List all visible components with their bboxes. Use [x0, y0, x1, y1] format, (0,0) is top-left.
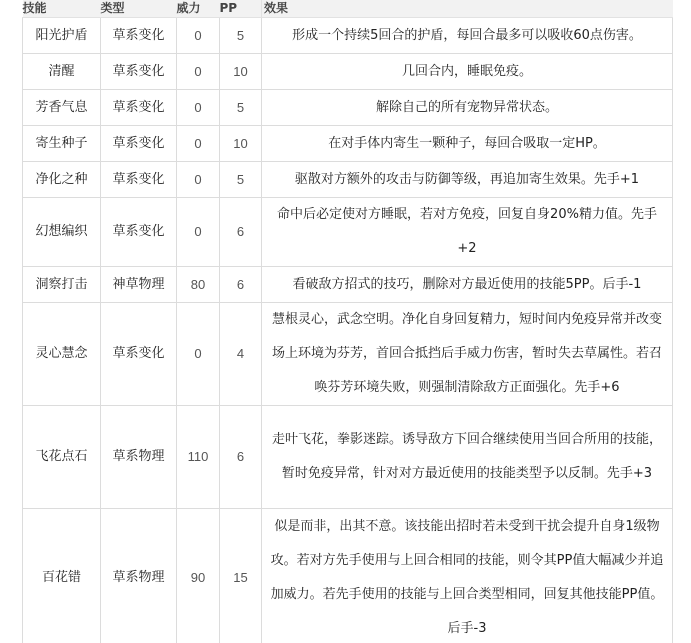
table-row: 阳光护盾 草系变化 0 5 形成一个持续5回合的护盾，每回合最多可以吸收60点伤…	[23, 18, 673, 54]
skill-name: 飞花点石	[23, 406, 101, 509]
skill-name: 芳香气息	[23, 90, 101, 126]
table-row: 清醒 草系变化 0 10 几回合内，睡眠免疫。	[23, 54, 673, 90]
skill-type: 草系变化	[101, 198, 177, 267]
skill-power: 0	[177, 90, 220, 126]
skill-type: 草系变化	[101, 162, 177, 198]
skill-power: 0	[177, 126, 220, 162]
skill-effect: 似是而非，出其不意。该技能出招时若未受到干扰会提升自身1级物攻。若对方先手使用与…	[262, 509, 673, 643]
skill-effect: 在对手体内寄生一颗种子，每回合吸取一定HP。	[262, 126, 673, 162]
skill-pp: 10	[220, 54, 262, 90]
skill-name: 寄生种子	[23, 126, 101, 162]
skill-type: 草系变化	[101, 18, 177, 54]
table-row: 幻想编织 草系变化 0 6 命中后必定使对方睡眠，若对方免疫，回复自身20%精力…	[23, 198, 673, 267]
skill-pp: 5	[220, 18, 262, 54]
skill-power: 90	[177, 509, 220, 643]
skill-pp: 6	[220, 406, 262, 509]
skill-power: 0	[177, 303, 220, 406]
skill-type: 草系物理	[101, 509, 177, 643]
skill-type: 草系变化	[101, 303, 177, 406]
skill-pp: 10	[220, 126, 262, 162]
skill-name: 灵心慧念	[23, 303, 101, 406]
table-row: 寄生种子 草系变化 0 10 在对手体内寄生一颗种子，每回合吸取一定HP。	[23, 126, 673, 162]
skill-pp: 4	[220, 303, 262, 406]
skill-effect: 看破敌方招式的技巧，删除对方最近使用的技能5PP。后手-1	[262, 267, 673, 303]
table-row: 洞察打击 神草物理 80 6 看破敌方招式的技巧，删除对方最近使用的技能5PP。…	[23, 267, 673, 303]
header-pp: PP	[220, 0, 262, 18]
skill-effect: 几回合内，睡眠免疫。	[262, 54, 673, 90]
skill-power: 0	[177, 54, 220, 90]
skill-name: 百花错	[23, 509, 101, 643]
skill-power: 80	[177, 267, 220, 303]
skill-type: 草系物理	[101, 406, 177, 509]
skill-name: 洞察打击	[23, 267, 101, 303]
table-row: 净化之种 草系变化 0 5 驱散对方额外的攻击与防御等级，再追加寄生效果。先手+…	[23, 162, 673, 198]
skill-power: 110	[177, 406, 220, 509]
skill-table: 技能 类型 威力 PP 效果 阳光护盾 草系变化 0 5 形成一个持续5回合的护…	[22, 0, 673, 643]
skill-type: 草系变化	[101, 126, 177, 162]
skill-effect: 形成一个持续5回合的护盾，每回合最多可以吸收60点伤害。	[262, 18, 673, 54]
skill-name: 幻想编织	[23, 198, 101, 267]
skill-pp: 6	[220, 198, 262, 267]
skill-name: 清醒	[23, 54, 101, 90]
skill-type: 草系变化	[101, 90, 177, 126]
table-row: 灵心慧念 草系变化 0 4 慧根灵心，武念空明。净化自身回复精力，短时间内免疫异…	[23, 303, 673, 406]
skill-power: 0	[177, 18, 220, 54]
skill-pp: 5	[220, 90, 262, 126]
header-name: 技能	[23, 0, 101, 18]
skill-effect: 驱散对方额外的攻击与防御等级，再追加寄生效果。先手+1	[262, 162, 673, 198]
skill-effect: 慧根灵心，武念空明。净化自身回复精力，短时间内免疫异常并改变场上环境为芬芳，首回…	[262, 303, 673, 406]
skill-name: 阳光护盾	[23, 18, 101, 54]
table-row: 芳香气息 草系变化 0 5 解除自己的所有宠物异常状态。	[23, 90, 673, 126]
skill-table-container: 技能 类型 威力 PP 效果 阳光护盾 草系变化 0 5 形成一个持续5回合的护…	[22, 0, 672, 643]
header-effect: 效果	[262, 0, 673, 18]
table-header-row: 技能 类型 威力 PP 效果	[23, 0, 673, 18]
header-type: 类型	[101, 0, 177, 18]
skill-power: 0	[177, 162, 220, 198]
table-row: 飞花点石 草系物理 110 6 走叶飞花，拳影迷踪。诱导敌方下回合继续使用当回合…	[23, 406, 673, 509]
skill-effect: 走叶飞花，拳影迷踪。诱导敌方下回合继续使用当回合所用的技能，暂时免疫异常，针对对…	[262, 406, 673, 509]
skill-pp: 6	[220, 267, 262, 303]
skill-power: 0	[177, 198, 220, 267]
table-row: 百花错 草系物理 90 15 似是而非，出其不意。该技能出招时若未受到干扰会提升…	[23, 509, 673, 643]
skill-effect: 解除自己的所有宠物异常状态。	[262, 90, 673, 126]
skill-type: 神草物理	[101, 267, 177, 303]
header-power: 威力	[177, 0, 220, 18]
skill-pp: 15	[220, 509, 262, 643]
skill-type: 草系变化	[101, 54, 177, 90]
skill-effect: 命中后必定使对方睡眠，若对方免疫，回复自身20%精力值。先手+2	[262, 198, 673, 267]
skill-name: 净化之种	[23, 162, 101, 198]
skill-pp: 5	[220, 162, 262, 198]
